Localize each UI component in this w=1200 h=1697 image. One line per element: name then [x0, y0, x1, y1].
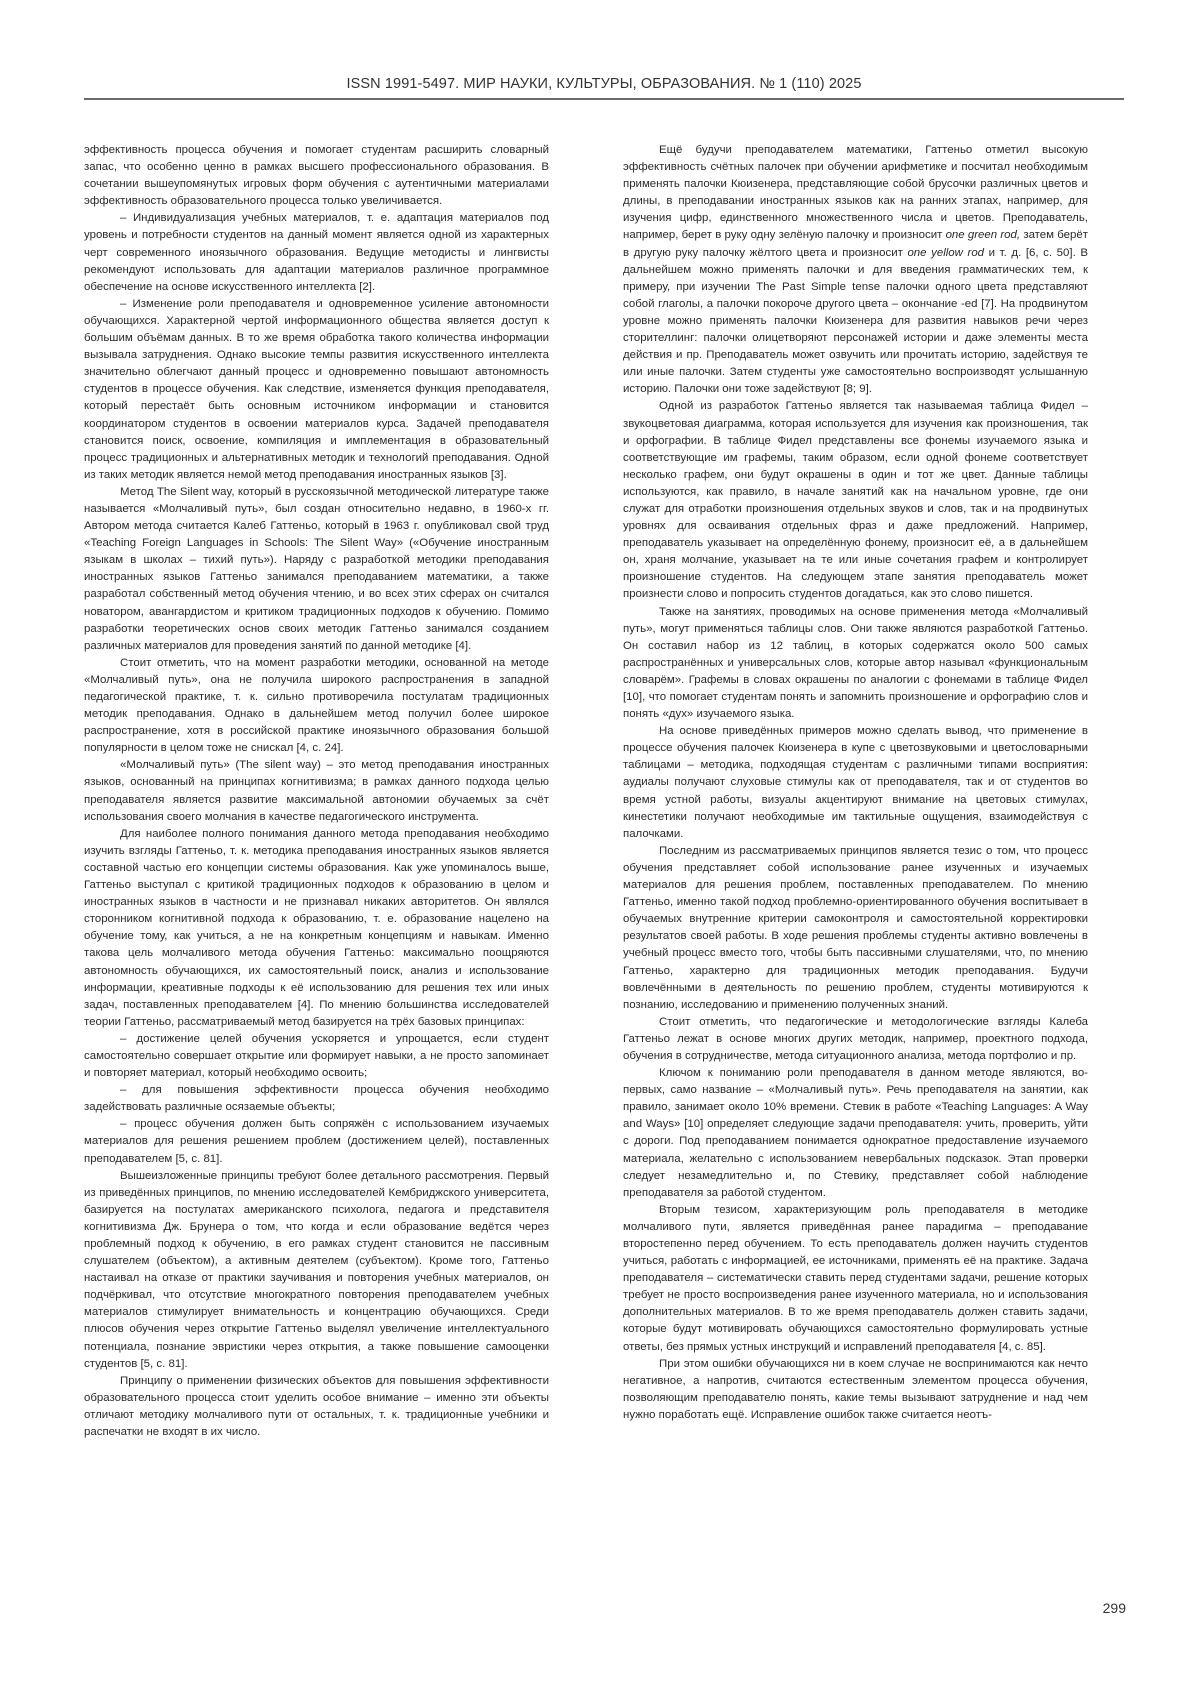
- paragraph: Ключом к пониманию роли преподавателя в …: [623, 1065, 1088, 1202]
- right-column: Ещё будучи преподавателем математики, Га…: [623, 142, 1088, 1424]
- list-item: – Индивидуализация учебных материалов, т…: [84, 210, 549, 295]
- header-rule: [84, 98, 1124, 100]
- paragraph: Стоит отметить, что на момент разработки…: [84, 655, 549, 758]
- list-item: – процесс обучения должен быть сопряжён …: [84, 1116, 549, 1167]
- paragraph: Для наиболее полного понимания данного м…: [84, 826, 549, 1031]
- paragraph: «Молчаливый путь» (The silent way) – это…: [84, 757, 549, 825]
- list-item: – достижение целей обучения ускоряется и…: [84, 1031, 549, 1082]
- paragraph: Метод The Silent way, который в русскояз…: [84, 484, 549, 655]
- text-run: Ещё будучи преподавателем математики, Га…: [623, 144, 1088, 241]
- text-run: и т. д. [6, с. 50]. В дальнейшем можно п…: [623, 247, 1088, 396]
- paragraph: Принципу о применении физических объекто…: [84, 1373, 549, 1441]
- list-item: – Изменение роли преподавателя и одновре…: [84, 296, 549, 484]
- list-item: – для повышения эффективности процесса о…: [84, 1082, 549, 1116]
- paragraph: На основе приведённых примеров можно сде…: [623, 723, 1088, 843]
- paragraph: Вышеизложенные принципы требуют более де…: [84, 1168, 549, 1373]
- paragraph: При этом ошибки обучающихся ни в коем сл…: [623, 1356, 1088, 1424]
- paragraph: Вторым тезисом, характеризующим роль пре…: [623, 1202, 1088, 1356]
- page-number: 299: [1040, 1600, 1126, 1616]
- paragraph: Последним из рассматриваемых принципов я…: [623, 843, 1088, 1014]
- paragraph: эффективность процесса обучения и помога…: [84, 142, 549, 210]
- paragraph: Ещё будучи преподавателем математики, Га…: [623, 142, 1088, 398]
- left-column: эффективность процесса обучения и помога…: [84, 142, 549, 1441]
- paragraph: Также на занятиях, проводимых на основе …: [623, 604, 1088, 724]
- paragraph: Стоит отметить, что педагогические и мет…: [623, 1014, 1088, 1065]
- italic-example: one green rod,: [946, 229, 1021, 241]
- paragraph: Одной из разработок Гаттеньо является та…: [623, 398, 1088, 603]
- running-header: ISSN 1991-5497. МИР НАУКИ, КУЛЬТУРЫ, ОБР…: [84, 76, 1124, 92]
- italic-example: one yellow rod: [907, 247, 984, 259]
